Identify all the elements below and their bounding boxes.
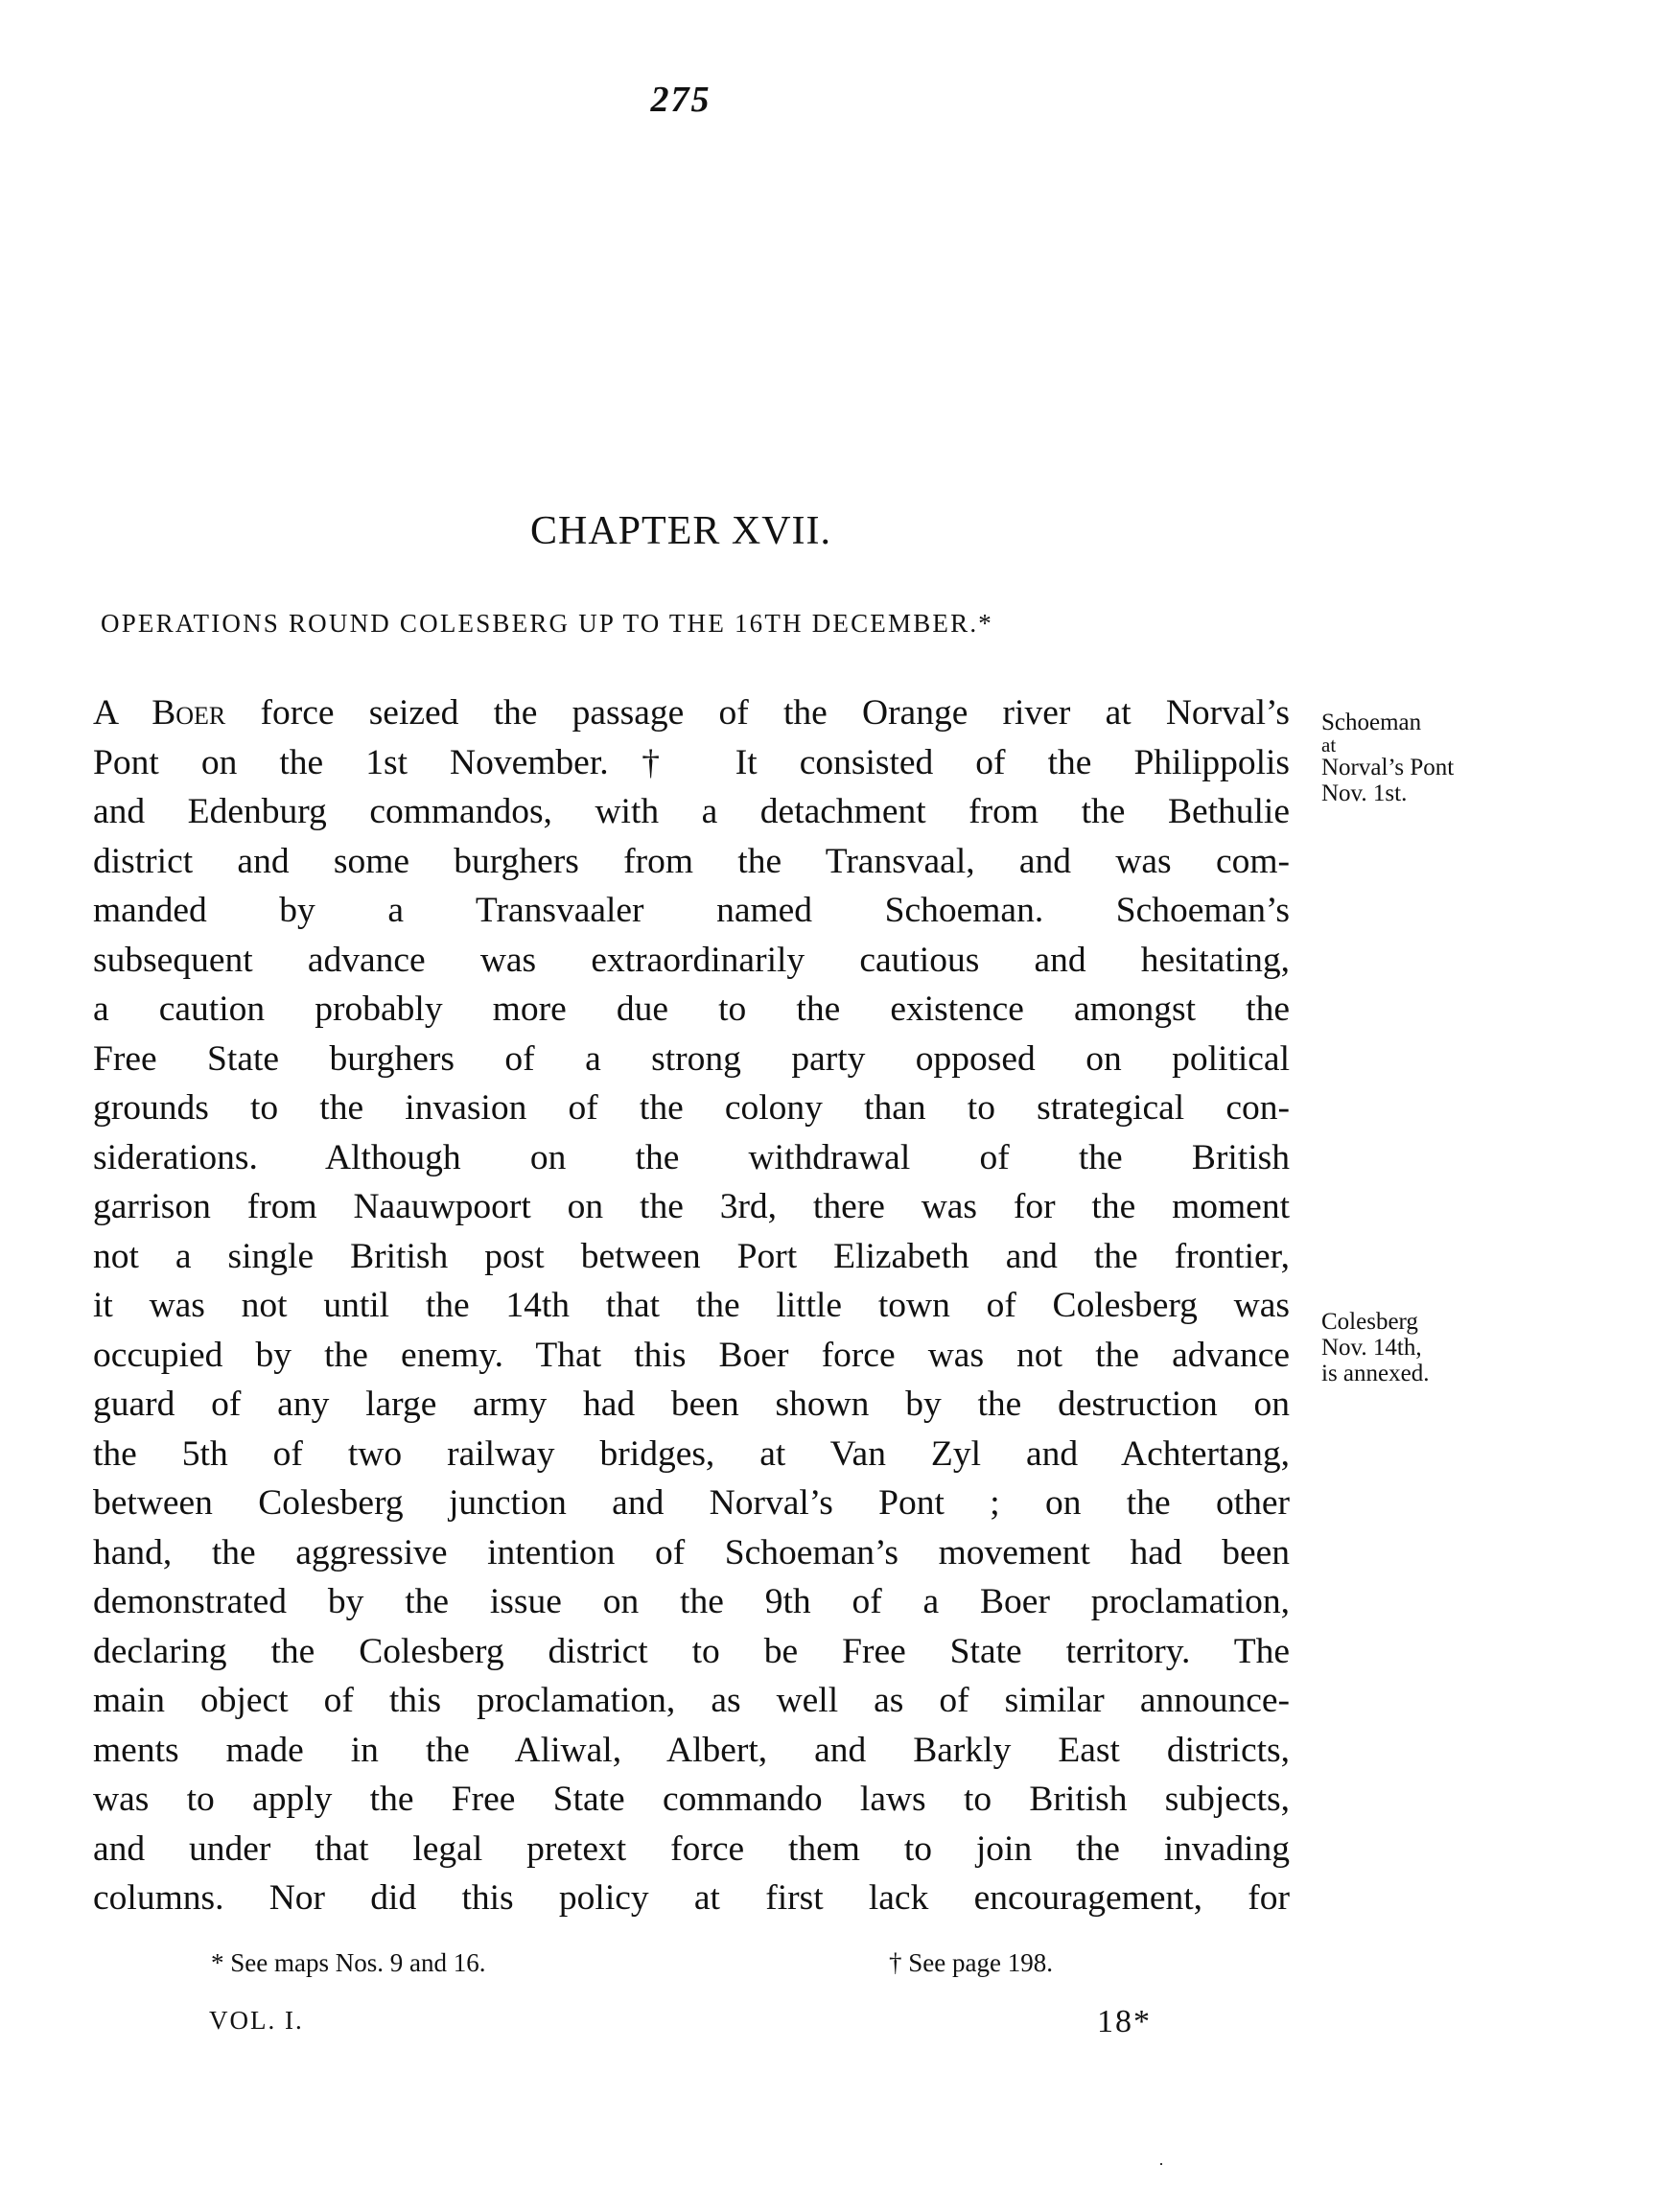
body-line: grounds to the invasion of the colony th… [93, 1083, 1290, 1133]
body-line: hand, the aggressive intention of Schoem… [93, 1528, 1290, 1578]
page-number: 275 [0, 79, 1362, 121]
body-line: it was not until the 14th that the littl… [93, 1281, 1290, 1331]
footnote-dagger: † See page 198. [889, 1948, 1053, 1978]
sidenote-line: Norval’s Pont [1321, 755, 1454, 780]
drop-small-caps: A Boer [93, 693, 225, 733]
volume-signature: VOL. I. [209, 2006, 304, 2036]
sidenote-line: Nov. 14th, [1321, 1335, 1429, 1361]
body-line: not a single British post between Port E… [93, 1232, 1290, 1282]
body-line: main object of this proclamation, as wel… [93, 1676, 1290, 1726]
sheet-signature: 18* [1097, 2004, 1152, 2040]
body-line: declaring the Colesberg district to be F… [93, 1627, 1290, 1677]
footnote-star: * See maps Nos. 9 and 16. [211, 1948, 485, 1978]
body-line: Pont on the 1st November.† It consisted … [93, 738, 1290, 788]
body-line: garrison from Naauwpoort on the 3rd, the… [93, 1182, 1290, 1232]
body-line: occupied by the enemy. That this Boer fo… [93, 1331, 1290, 1381]
scan-speck [1160, 2163, 1162, 2165]
body-line: Free State burghers of a strong party op… [93, 1035, 1290, 1084]
sidenote-line: Nov. 1st. [1321, 780, 1454, 806]
body-line: was to apply the Free State commando law… [93, 1775, 1290, 1825]
sidenote-line: at [1321, 735, 1454, 755]
chapter-title: CHAPTER XVII. [0, 508, 1362, 554]
body-line: and under that legal pretext force them … [93, 1825, 1290, 1874]
sidenote-line: is annexed. [1321, 1361, 1429, 1386]
body-line: columns. Nor did this policy at first la… [93, 1874, 1290, 1923]
chapter-subtitle: OPERATIONS ROUND COLESBERG UP TO THE 16T… [101, 609, 993, 639]
body-line: A Boer force seized the passage of the O… [93, 688, 1290, 738]
sidenote-colesberg: Colesberg Nov. 14th, is annexed. [1321, 1309, 1429, 1386]
body-line: manded by a Transvaaler named Schoeman. … [93, 886, 1290, 936]
body-line: guard of any large army had been shown b… [93, 1380, 1290, 1430]
sidenote-line: Colesberg [1321, 1309, 1429, 1335]
body-line: siderations. Although on the withdrawal … [93, 1133, 1290, 1183]
body-line: the 5th of two railway bridges, at Van Z… [93, 1430, 1290, 1479]
body-line: ments made in the Aliwal, Albert, and Ba… [93, 1726, 1290, 1776]
body-line: district and some burghers from the Tran… [93, 837, 1290, 887]
body-paragraph: A Boer force seized the passage of the O… [93, 688, 1290, 1923]
sidenote-line: Schoeman [1321, 710, 1454, 735]
body-line: and Edenburg commandos, with a detachmen… [93, 787, 1290, 837]
sidenote-schoeman: Schoeman at Norval’s Pont Nov. 1st. [1321, 710, 1454, 806]
body-line: between Colesberg junction and Norval’s … [93, 1479, 1290, 1528]
body-line: a caution probably more due to the exist… [93, 985, 1290, 1035]
body-line: demonstrated by the issue on the 9th of … [93, 1577, 1290, 1627]
body-line: subsequent advance was extraordinarily c… [93, 936, 1290, 986]
